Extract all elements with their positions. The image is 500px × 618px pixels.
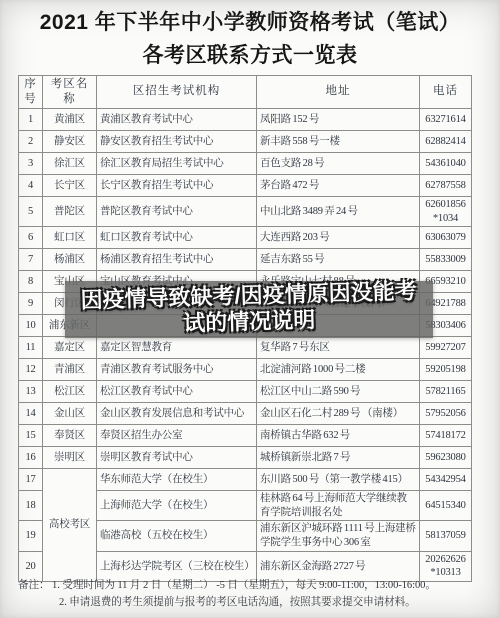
institution-cell: 奉贤区招生办公室 <box>97 425 257 447</box>
table-row: 15奉贤区奉贤区招生办公室南桥镇古华路 632 号57418172 <box>19 425 472 447</box>
address-cell: 北淀浦河路 1000 号二楼 <box>257 359 420 381</box>
footnotes: 备注： 1. 受理时间为 11 月 2 日（星期二） -5 日（星期五），每天 … <box>18 578 488 612</box>
table-row: 4长宁区长宁区教育招生考试中心茅台路 472 号62787558 <box>19 174 472 196</box>
address-cell: 金山区石化二村 289 号 （南楼） <box>257 403 420 425</box>
institution-cell: 上海师范大学（在校生） <box>97 491 257 521</box>
row-number-cell: 14 <box>19 403 43 425</box>
phone-cell: 63063079 <box>420 227 472 249</box>
address-cell: 浦东新区金海路 2727 号 <box>257 551 420 581</box>
row-number-cell: 12 <box>19 359 43 381</box>
district-cell: 长宁区 <box>43 174 97 196</box>
institution-cell: 徐汇区教育局招生考试中心 <box>97 152 257 174</box>
phone-cell: 55833009 <box>420 249 472 271</box>
institution-cell: 华东师范大学（在校生） <box>97 469 257 491</box>
address-cell: 复华路 7 号东区 <box>257 337 420 359</box>
address-cell: 百色支路 28 号 <box>257 152 420 174</box>
phone-cell: 57952056 <box>420 403 472 425</box>
row-number-cell: 3 <box>19 152 43 174</box>
district-cell: 虹口区 <box>43 227 97 249</box>
address-cell: 浦东新区沪城环路 1111 号上海建桥学院学生事务中心 306 室 <box>257 521 420 551</box>
page-title: 2021 年下半年中小学教师资格考试（笔试） 各考区联系方式一览表 <box>0 7 500 72</box>
row-number-cell: 10 <box>19 315 43 337</box>
institution-cell: 黄浦区教育考试中心 <box>97 108 257 130</box>
page-title-line2: 各考区联系方式一览表 <box>0 40 500 73</box>
table-body: 1黄浦区黄浦区教育考试中心凤阳路 152 号632716142静安区静安区教育招… <box>19 108 472 581</box>
institution-cell: 青浦区教育考试服务中心 <box>97 359 257 381</box>
institution-cell: 长宁区教育招生考试中心 <box>97 174 257 196</box>
address-cell: 延吉东路 55 号 <box>257 249 420 271</box>
table-row: 13松江区松江区教育考试中心松江区中山二路 590 号57821165 <box>19 381 472 403</box>
table-row: 17高校考区华东师范大学（在校生）东川路 500 号（第一教学楼 415）543… <box>19 469 472 491</box>
institution-cell: 普陀区教育考试中心 <box>97 196 257 226</box>
institution-cell: 临港高校（五校在校生） <box>97 521 257 551</box>
row-number-cell: 11 <box>19 337 43 359</box>
address-cell: 茅台路 472 号 <box>257 174 420 196</box>
table-row: 7杨浦区杨浦区教育招生考试中心延吉东路 55 号55833009 <box>19 249 472 271</box>
row-number-cell: 15 <box>19 425 43 447</box>
column-header: 地址 <box>257 76 420 109</box>
table-row: 16崇明区崇明区教育考试中心城桥镇新崇北路 7 号59623080 <box>19 447 472 469</box>
phone-cell: 54361040 <box>420 152 472 174</box>
district-cell: 普陀区 <box>43 196 97 226</box>
institution-cell: 嘉定区智慧教育 <box>97 337 257 359</box>
row-number-cell: 2 <box>19 130 43 152</box>
institution-cell: 松江区教育考试中心 <box>97 381 257 403</box>
row-number-cell: 18 <box>19 491 43 521</box>
table-row: 5普陀区普陀区教育考试中心中山北路 3489 弄 24 号62601856 *1… <box>19 196 472 226</box>
row-number-cell: 7 <box>19 249 43 271</box>
phone-cell: 62882414 <box>420 130 472 152</box>
footnote-label: 备注： <box>18 580 49 591</box>
row-number-cell: 19 <box>19 521 43 551</box>
address-cell: 桂林路 64 号上海师范大学继续教育学院培训报名处 <box>257 491 420 521</box>
address-cell: 城桥镇新崇北路 7 号 <box>257 447 420 469</box>
phone-cell: 54342954 <box>420 469 472 491</box>
table-row: 12青浦区青浦区教育考试服务中心北淀浦河路 1000 号二楼59205198 <box>19 359 472 381</box>
address-cell: 凤阳路 152 号 <box>257 108 420 130</box>
phone-cell: 59927207 <box>420 337 472 359</box>
table-row: 2静安区静安区教育招生考试中心新丰路 558 号一楼62882414 <box>19 130 472 152</box>
table-row: 14金山区金山区教育发展信息和考试中心金山区石化二村 289 号 （南楼）579… <box>19 403 472 425</box>
row-number-cell: 6 <box>19 227 43 249</box>
row-number-cell: 1 <box>19 108 43 130</box>
phone-cell: 64515340 <box>420 491 472 521</box>
phone-cell: 58137059 <box>420 521 472 551</box>
row-number-cell: 17 <box>19 469 43 491</box>
footnote-line2: 2. 申请退费的考生须提前与报考的考区电话沟通，按照其要求提交申请材料。 <box>59 595 488 612</box>
district-cell: 徐汇区 <box>43 152 97 174</box>
phone-cell: 63271614 <box>420 108 472 130</box>
district-cell: 金山区 <box>43 403 97 425</box>
institution-cell: 上海杉达学院考区（三校在校生） <box>97 551 257 581</box>
row-number-cell: 4 <box>19 174 43 196</box>
institution-cell: 金山区教育发展信息和考试中心 <box>97 403 257 425</box>
column-header: 考区名称 <box>43 76 97 109</box>
institution-cell: 静安区教育招生考试中心 <box>97 130 257 152</box>
row-number-cell: 20 <box>19 551 43 581</box>
institution-cell: 杨浦区教育招生考试中心 <box>97 249 257 271</box>
district-cell: 静安区 <box>43 130 97 152</box>
address-cell: 大连西路 203 号 <box>257 227 420 249</box>
row-number-cell: 16 <box>19 447 43 469</box>
phone-cell: 62601856 *1034 <box>420 196 472 226</box>
phone-cell: 59623080 <box>420 447 472 469</box>
district-cell: 黄浦区 <box>43 108 97 130</box>
epidemic-notice-text: 因疫情导致缺考/因疫情原因没能考试的情况说明 <box>71 278 426 341</box>
district-cell: 青浦区 <box>43 359 97 381</box>
phone-cell: 20262626 *10313 <box>420 551 472 581</box>
footnote-line1: 备注： 1. 受理时间为 11 月 2 日（星期二） -5 日（星期五），每天 … <box>18 578 488 595</box>
phone-cell: 57418172 <box>420 425 472 447</box>
row-number-cell: 8 <box>19 271 43 293</box>
address-cell: 南桥镇古华路 632 号 <box>257 425 420 447</box>
district-cell: 崇明区 <box>43 447 97 469</box>
district-cell: 杨浦区 <box>43 249 97 271</box>
table-row: 6虹口区虹口区教育考试中心大连西路 203 号63063079 <box>19 227 472 249</box>
address-cell: 东川路 500 号（第一教学楼 415） <box>257 469 420 491</box>
column-header: 电话 <box>420 76 472 109</box>
district-cell: 松江区 <box>43 381 97 403</box>
phone-cell: 59205198 <box>420 359 472 381</box>
address-cell: 松江区中山二路 590 号 <box>257 381 420 403</box>
row-number-cell: 5 <box>19 196 43 226</box>
page-title-line1: 2021 年下半年中小学教师资格考试（笔试） <box>0 7 500 40</box>
district-cell: 奉贤区 <box>43 425 97 447</box>
address-cell: 中山北路 3489 弄 24 号 <box>257 196 420 226</box>
column-header: 序号 <box>19 76 43 109</box>
column-header: 区招生考试机构 <box>97 76 257 109</box>
institution-cell: 崇明区教育考试中心 <box>97 447 257 469</box>
table-row: 3徐汇区徐汇区教育局招生考试中心百色支路 28 号54361040 <box>19 152 472 174</box>
merged-group-cell: 高校考区 <box>43 469 97 582</box>
epidemic-notice-overlay: 因疫情导致缺考/因疫情原因没能考试的情况说明 <box>65 281 433 338</box>
table-header-row: 序号考区名称区招生考试机构地址电话 <box>19 76 472 109</box>
phone-cell: 57821165 <box>420 381 472 403</box>
institution-cell: 虹口区教育考试中心 <box>97 227 257 249</box>
table-row: 1黄浦区黄浦区教育考试中心凤阳路 152 号63271614 <box>19 108 472 130</box>
phone-cell: 62787558 <box>420 174 472 196</box>
address-cell: 新丰路 558 号一楼 <box>257 130 420 152</box>
row-number-cell: 13 <box>19 381 43 403</box>
row-number-cell: 9 <box>19 293 43 315</box>
